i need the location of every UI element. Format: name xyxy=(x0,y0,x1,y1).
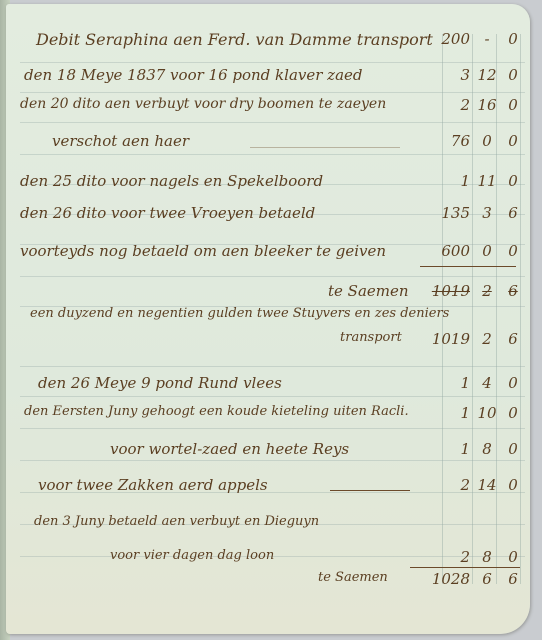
amount-penningen: 0 xyxy=(500,30,526,48)
amount-florins: 2 xyxy=(426,96,470,114)
amount-stuivers: 2 xyxy=(474,330,500,348)
ledger-entry: den 20 dito aen verbuyt voor dry boomen … xyxy=(0,96,530,126)
total-label: te Saemen xyxy=(318,570,388,585)
amount-stuivers: 0 xyxy=(474,242,500,260)
ledger-header-row: Debit Seraphina aen Ferd. van Damme tran… xyxy=(0,30,530,60)
amount-penningen: 0 xyxy=(500,242,526,260)
amount-florins: 2 xyxy=(426,548,470,566)
amount-penningen: 6 xyxy=(500,204,526,222)
amount-penningen: 6 xyxy=(500,330,526,348)
amount-stuivers: 2 xyxy=(474,282,500,300)
entry-text: den 18 Meye 1837 voor 16 pond klaver zae… xyxy=(24,66,363,84)
amount-stuivers: 11 xyxy=(474,172,500,190)
entry-text: voor wortel-zaed en heete Reys xyxy=(110,440,349,458)
amount-penningen: 0 xyxy=(500,96,526,114)
filler-line xyxy=(330,490,410,491)
subtotal-label: te Saemen xyxy=(328,282,409,300)
amount-stuivers: 6 xyxy=(474,570,500,588)
entry-text: den Eersten Juny gehoogt een koude kiete… xyxy=(24,404,409,419)
ledger-entry: voorteyds nog betaeld om aen bleeker te … xyxy=(0,242,530,272)
amount-florins: 2 xyxy=(426,476,470,494)
entry-text: voor twee Zakken aerd appels xyxy=(38,476,268,494)
sum-rule xyxy=(410,567,520,568)
total-row: te Saemen 1028 6 6 xyxy=(0,570,530,600)
entry-text: den 3 Juny betaeld aen verbuyt en Dieguy… xyxy=(34,514,319,529)
amount-stuivers: - xyxy=(474,30,500,48)
ledger-entry: verschot aen haer 76 0 0 xyxy=(0,132,530,162)
ruled-line xyxy=(20,366,525,367)
amount-stuivers: 4 xyxy=(474,374,500,392)
amount-penningen: 0 xyxy=(500,66,526,84)
amount-stuivers: 3 xyxy=(474,204,500,222)
amount-penningen: 0 xyxy=(500,404,526,422)
amount-florins: 1 xyxy=(426,404,470,422)
amount-florins: 200 xyxy=(426,30,470,48)
transport-label: transport xyxy=(340,330,402,345)
amount-florins: 1028 xyxy=(426,570,470,588)
ledger-header-text: Debit Seraphina aen Ferd. van Damme tran… xyxy=(36,30,433,49)
amount-stuivers: 8 xyxy=(474,440,500,458)
entry-text: den 26 dito voor twee Vroeyen betaeld xyxy=(20,204,315,222)
amount-penningen: 0 xyxy=(500,548,526,566)
amount-penningen: 0 xyxy=(500,132,526,150)
ruled-line xyxy=(20,62,525,63)
ledger-entry: voor twee Zakken aerd appels 2 14 0 xyxy=(0,476,530,506)
ledger-entry: den 25 dito voor nagels en Spekelboord 1… xyxy=(0,172,530,202)
amount-florins: 3 xyxy=(426,66,470,84)
sum-rule xyxy=(420,266,516,267)
amount-penningen: 6 xyxy=(500,282,526,300)
amount-florins: 1 xyxy=(426,172,470,190)
ledger-entry: den Eersten Juny gehoogt een koude kiete… xyxy=(0,404,530,434)
amount-florins: 1019 xyxy=(426,330,470,348)
entry-text: den 25 dito voor nagels en Spekelboord xyxy=(20,172,323,190)
entry-text: voor vier dagen dag loon xyxy=(110,548,274,563)
amount-stuivers: 16 xyxy=(474,96,500,114)
ledger-entry: den 3 Juny betaeld aen verbuyt en Dieguy… xyxy=(0,514,530,544)
amount-stuivers: 14 xyxy=(474,476,500,494)
amount-florins: 1019 xyxy=(426,282,470,300)
amount-stuivers: 0 xyxy=(474,132,500,150)
amount-florins: 1 xyxy=(426,374,470,392)
amount-penningen: 0 xyxy=(500,440,526,458)
amount-florins: 76 xyxy=(426,132,470,150)
ruled-line xyxy=(20,276,525,277)
amount-penningen: 0 xyxy=(500,374,526,392)
ledger-entry: den 26 dito voor twee Vroeyen betaeld 13… xyxy=(0,204,530,234)
ledger-entry: den 26 Meye 9 pond Rund vlees 1 4 0 xyxy=(0,374,530,404)
entry-text: verschot aen haer xyxy=(52,132,189,150)
amount-stuivers: 8 xyxy=(474,548,500,566)
amount-florins: 600 xyxy=(426,242,470,260)
entry-text: voorteyds nog betaeld om aen bleeker te … xyxy=(20,242,386,260)
ledger-entry: den 18 Meye 1837 voor 16 pond klaver zae… xyxy=(0,66,530,96)
amount-stuivers: 12 xyxy=(474,66,500,84)
filler-line xyxy=(250,147,400,148)
amount-penningen: 0 xyxy=(500,172,526,190)
words-text: een duyzend en negentien gulden twee Stu… xyxy=(30,306,449,321)
entry-text: den 26 Meye 9 pond Rund vlees xyxy=(38,374,282,392)
entry-text: den 20 dito aen verbuyt voor dry boomen … xyxy=(20,96,386,112)
amount-florins: 1 xyxy=(426,440,470,458)
amount-florins: 135 xyxy=(426,204,470,222)
ledger-entry: voor wortel-zaed en heete Reys 1 8 0 xyxy=(0,440,530,470)
amount-stuivers: 10 xyxy=(474,404,500,422)
transport-row: transport 1019 2 6 xyxy=(0,330,530,360)
amount-penningen: 0 xyxy=(500,476,526,494)
amount-penningen: 6 xyxy=(500,570,526,588)
